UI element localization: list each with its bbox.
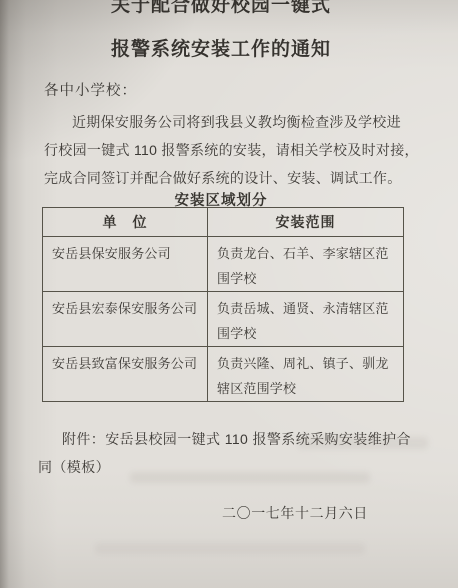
attachment-line-2: 同（模板） [38, 457, 110, 477]
document-photo: 关于配合做好校园一键式 报警系统安装工作的通知 各中小学校： 近期保安服务公司将… [0, 0, 458, 588]
table-row: 安岳县宏泰保安服务公司 负责岳城、通贤、永清辖区范围学校 [43, 292, 404, 347]
scope-cell: 负责岳城、通贤、永清辖区范围学校 [208, 292, 404, 347]
body-paragraph-line-2: 行校园一键式 110 报警系统的安装，请相关学校及时对接， [44, 140, 419, 160]
attachment-line-1: 附件：安岳县校园一键式 110 报警系统采购安装维护合 [62, 429, 411, 449]
notice-title-line2: 报警系统安装工作的通知 [0, 34, 442, 61]
unit-cell: 安岳县保安服务公司 [43, 237, 208, 292]
scope-cell: 负责龙台、石羊、李家辖区范围学校 [208, 237, 404, 292]
table-header-scope: 安装范围 [208, 208, 404, 237]
ink-bleed-mark [95, 543, 365, 554]
unit-cell: 安岳县致富保安服务公司 [43, 347, 208, 402]
table-header-unit: 单 位 [43, 208, 208, 237]
notice-title-line1: 关于配合做好校园一键式 [0, 0, 442, 17]
body-paragraph-line-3: 完成合同签订并配合做好系统的设计、安装、调试工作。 [44, 168, 402, 188]
table-row: 安岳县保安服务公司 负责龙台、石羊、李家辖区范围学校 [43, 237, 404, 292]
ink-bleed-mark [130, 472, 370, 483]
scope-cell: 负责兴隆、周礼、镇子、驯龙辖区范围学校 [208, 347, 404, 402]
installation-area-table: 单 位 安装范围 安岳县保安服务公司 负责龙台、石羊、李家辖区范围学校 安岳县宏… [42, 207, 404, 402]
table-header-row: 单 位 安装范围 [43, 208, 404, 237]
unit-cell: 安岳县宏泰保安服务公司 [43, 292, 208, 347]
table-row: 安岳县致富保安服务公司 负责兴隆、周礼、镇子、驯龙辖区范围学校 [43, 347, 404, 402]
salutation: 各中小学校： [44, 79, 137, 100]
date-line: 二〇一七年十二月六日 [222, 503, 368, 523]
body-paragraph-line-1: 近期保安服务公司将到我县义教均衡检查涉及学校进 [72, 112, 401, 132]
